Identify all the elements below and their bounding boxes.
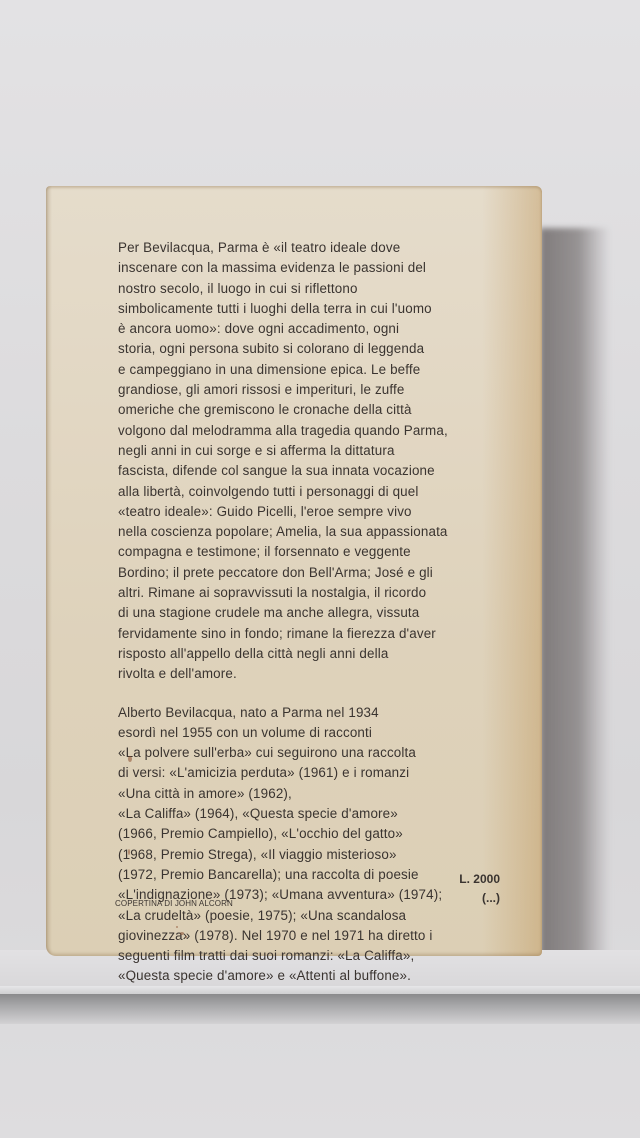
price-note: (...) [459, 889, 500, 908]
book-back-cover: Per Bevilacqua, Parma è «il teatro ideal… [46, 186, 542, 956]
price-block: L. 2000 (...) [459, 870, 500, 908]
price-label: L. 2000 [459, 870, 500, 889]
shelf-edge [0, 986, 640, 994]
stain-mark [185, 936, 187, 938]
cover-text-block: Per Bevilacqua, Parma è «il teatro ideal… [118, 238, 518, 987]
shelf-shadow [0, 994, 640, 1024]
blurb-paragraph: Per Bevilacqua, Parma è «il teatro ideal… [118, 238, 518, 685]
author-bio-paragraph: Alberto Bevilacqua, nato a Parma nel 193… [118, 703, 518, 987]
stain-mark [180, 932, 184, 935]
cover-credit: COPERTINA DI JOHN ALCORN [115, 899, 233, 908]
book-shadow [540, 228, 610, 958]
stain-mark [176, 926, 178, 928]
stain-mark [128, 849, 130, 855]
stain-mark [128, 756, 132, 762]
